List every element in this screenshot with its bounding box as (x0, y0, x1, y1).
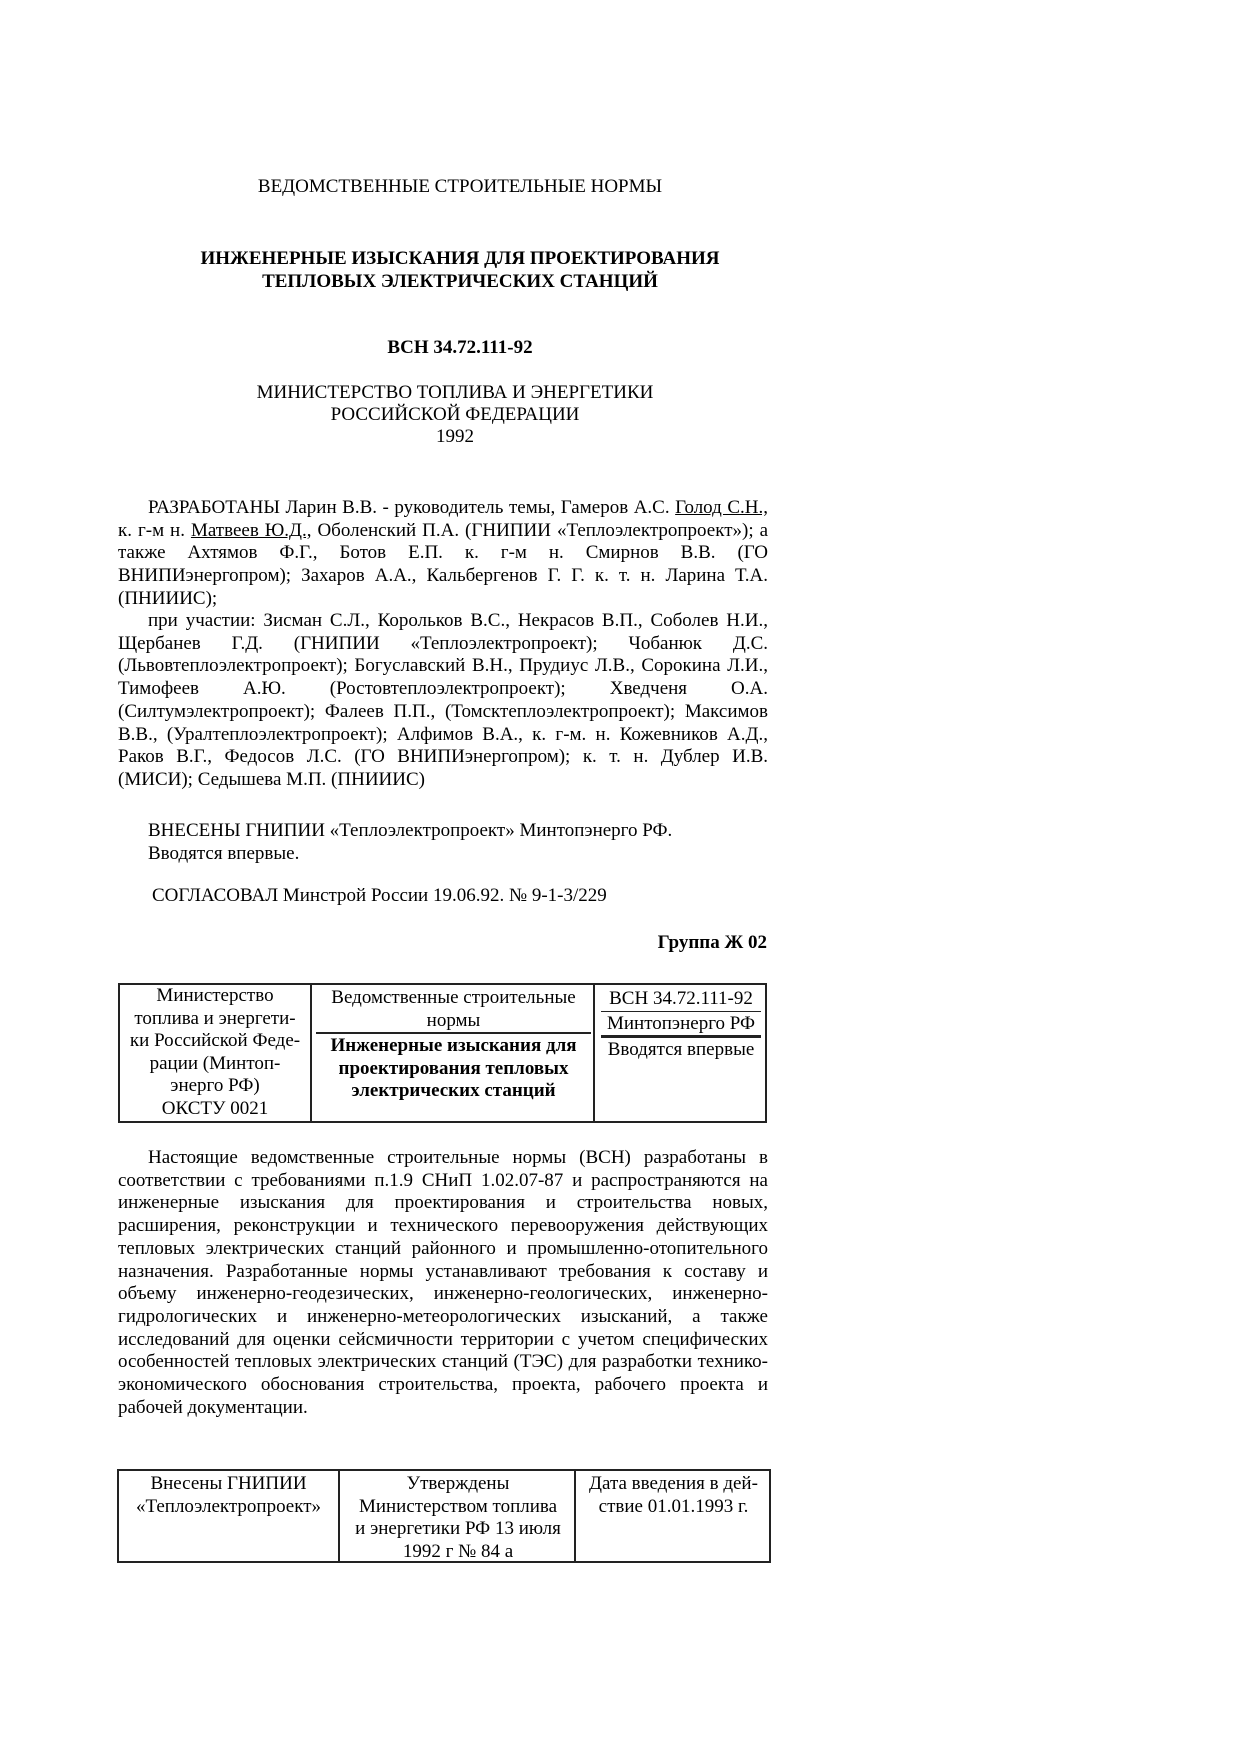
ministry-line: РОССИЙСКОЙ ФЕДЕРАЦИИ (0, 404, 910, 426)
cell-line: «Теплоэлектропроект» (119, 1496, 338, 1519)
cell-line: Министерство (120, 985, 310, 1008)
publication-year: 1992 (0, 426, 910, 448)
developed-text: к. г-м н. (118, 520, 191, 541)
document-title-line: ИНЖЕНЕРНЫЕ ИЗЫСКАНИЯ ДЛЯ ПРОЕКТИРОВАНИЯ (0, 247, 920, 270)
ministry-block: МИНИСТЕРСТВО ТОПЛИВА И ЭНЕРГЕТИКИ РОССИЙ… (0, 382, 910, 448)
introduced-block: ВНЕСЕНЫ ГНИПИИ «Теплоэлектропроект» Минт… (148, 819, 672, 865)
main-paragraph: Настоящие ведомственные строительные нор… (118, 1147, 768, 1419)
header-table-title: Инженерные изыскания для проектирования … (312, 1034, 595, 1103)
document-title-line: ТЕПЛОВЫХ ЭЛЕКТРИЧЕСКИХ СТАНЦИЙ (0, 270, 920, 293)
developed-by-paragraph: РАЗРАБОТАНЫ Ларин В.В. - руководитель те… (118, 497, 768, 611)
document-title: ИНЖЕНЕРНЫЕ ИЗЫСКАНИЯ ДЛЯ ПРОЕКТИРОВАНИЯ … (0, 247, 920, 293)
cell-line: нормы (320, 1010, 587, 1033)
developed-text: РАЗРАБОТАНЫ Ларин В.В. - руководитель те… (148, 497, 675, 518)
cell-line: Дата введения в дей- (576, 1473, 771, 1496)
participation-paragraph: при участии: Зисман С.Л., Корольков В.С.… (118, 610, 768, 792)
underlined-author: Голод С.Н., (675, 497, 768, 518)
cell-line: проектирования тепловых (314, 1058, 593, 1081)
footer-table-approved-cell: Утверждены Министерством топлива и энерг… (338, 1471, 576, 1561)
agreed-line: СОГЛАСОВАЛ Минстрой России 19.06.92. № 9… (152, 885, 607, 907)
introduced-line: Вводятся впервые. (148, 842, 672, 865)
header-table-ministry-cell: Министерство топлива и энергети- ки Росс… (120, 985, 310, 1121)
cell-line: топлива и энергети- (120, 1008, 310, 1031)
cell-ministry: Минтопэнерго РФ (601, 1012, 761, 1039)
header-table-code-cell: ВСН 34.72.111-92 Минтопэнерго РФ Вводятс… (593, 985, 767, 1121)
cell-line: и энергетики РФ 13 июля (340, 1518, 576, 1541)
cell-line: ствие 01.01.1993 г. (576, 1496, 771, 1519)
ministry-line: МИНИСТЕРСТВО ТОПЛИВА И ЭНЕРГЕТИКИ (0, 382, 910, 404)
footer-table: Внесены ГНИПИИ «Теплоэлектропроект» Утве… (117, 1469, 771, 1563)
header-table: Министерство топлива и энергети- ки Росс… (118, 983, 767, 1123)
cell-line: ОКСТУ 0021 (120, 1098, 310, 1121)
cell-line: энерго РФ) (120, 1075, 310, 1098)
cell-code: ВСН 34.72.111-92 (601, 985, 761, 1012)
cell-line: Инженерные изыскания для (314, 1035, 593, 1058)
group-label: Группа Ж 02 (560, 932, 767, 954)
introduced-line: ВНЕСЕНЫ ГНИПИИ «Теплоэлектропроект» Минт… (148, 819, 672, 842)
document-type-heading: ВЕДОМСТВЕННЫЕ СТРОИТЕЛЬНЫЕ НОРМЫ (0, 176, 920, 198)
cell-status: Вводятся впервые (601, 1038, 761, 1062)
header-table-norms-label: Ведомственные строительные нормы (316, 985, 591, 1034)
cell-line: Внесены ГНИПИИ (119, 1473, 338, 1496)
cell-line: электрических станций (314, 1080, 593, 1103)
cell-line: Министерством топлива (340, 1496, 576, 1519)
underlined-author: Матвеев Ю.Д., (191, 520, 312, 541)
footer-table-introduced-cell: Внесены ГНИПИИ «Теплоэлектропроект» (119, 1471, 338, 1561)
footer-table-date-cell: Дата введения в дей- ствие 01.01.1993 г. (574, 1471, 771, 1561)
cell-line: Утверждены (340, 1473, 576, 1496)
document-code: ВСН 34.72.111-92 (0, 337, 920, 359)
cell-line: Ведомственные строительные (320, 987, 587, 1010)
cell-line: рации (Минтоп- (120, 1053, 310, 1076)
cell-line: ки Российской Феде- (120, 1030, 310, 1053)
cell-line: 1992 г № 84 а (340, 1541, 576, 1564)
header-table-title-cell: Ведомственные строительные нормы Инженер… (310, 985, 595, 1121)
